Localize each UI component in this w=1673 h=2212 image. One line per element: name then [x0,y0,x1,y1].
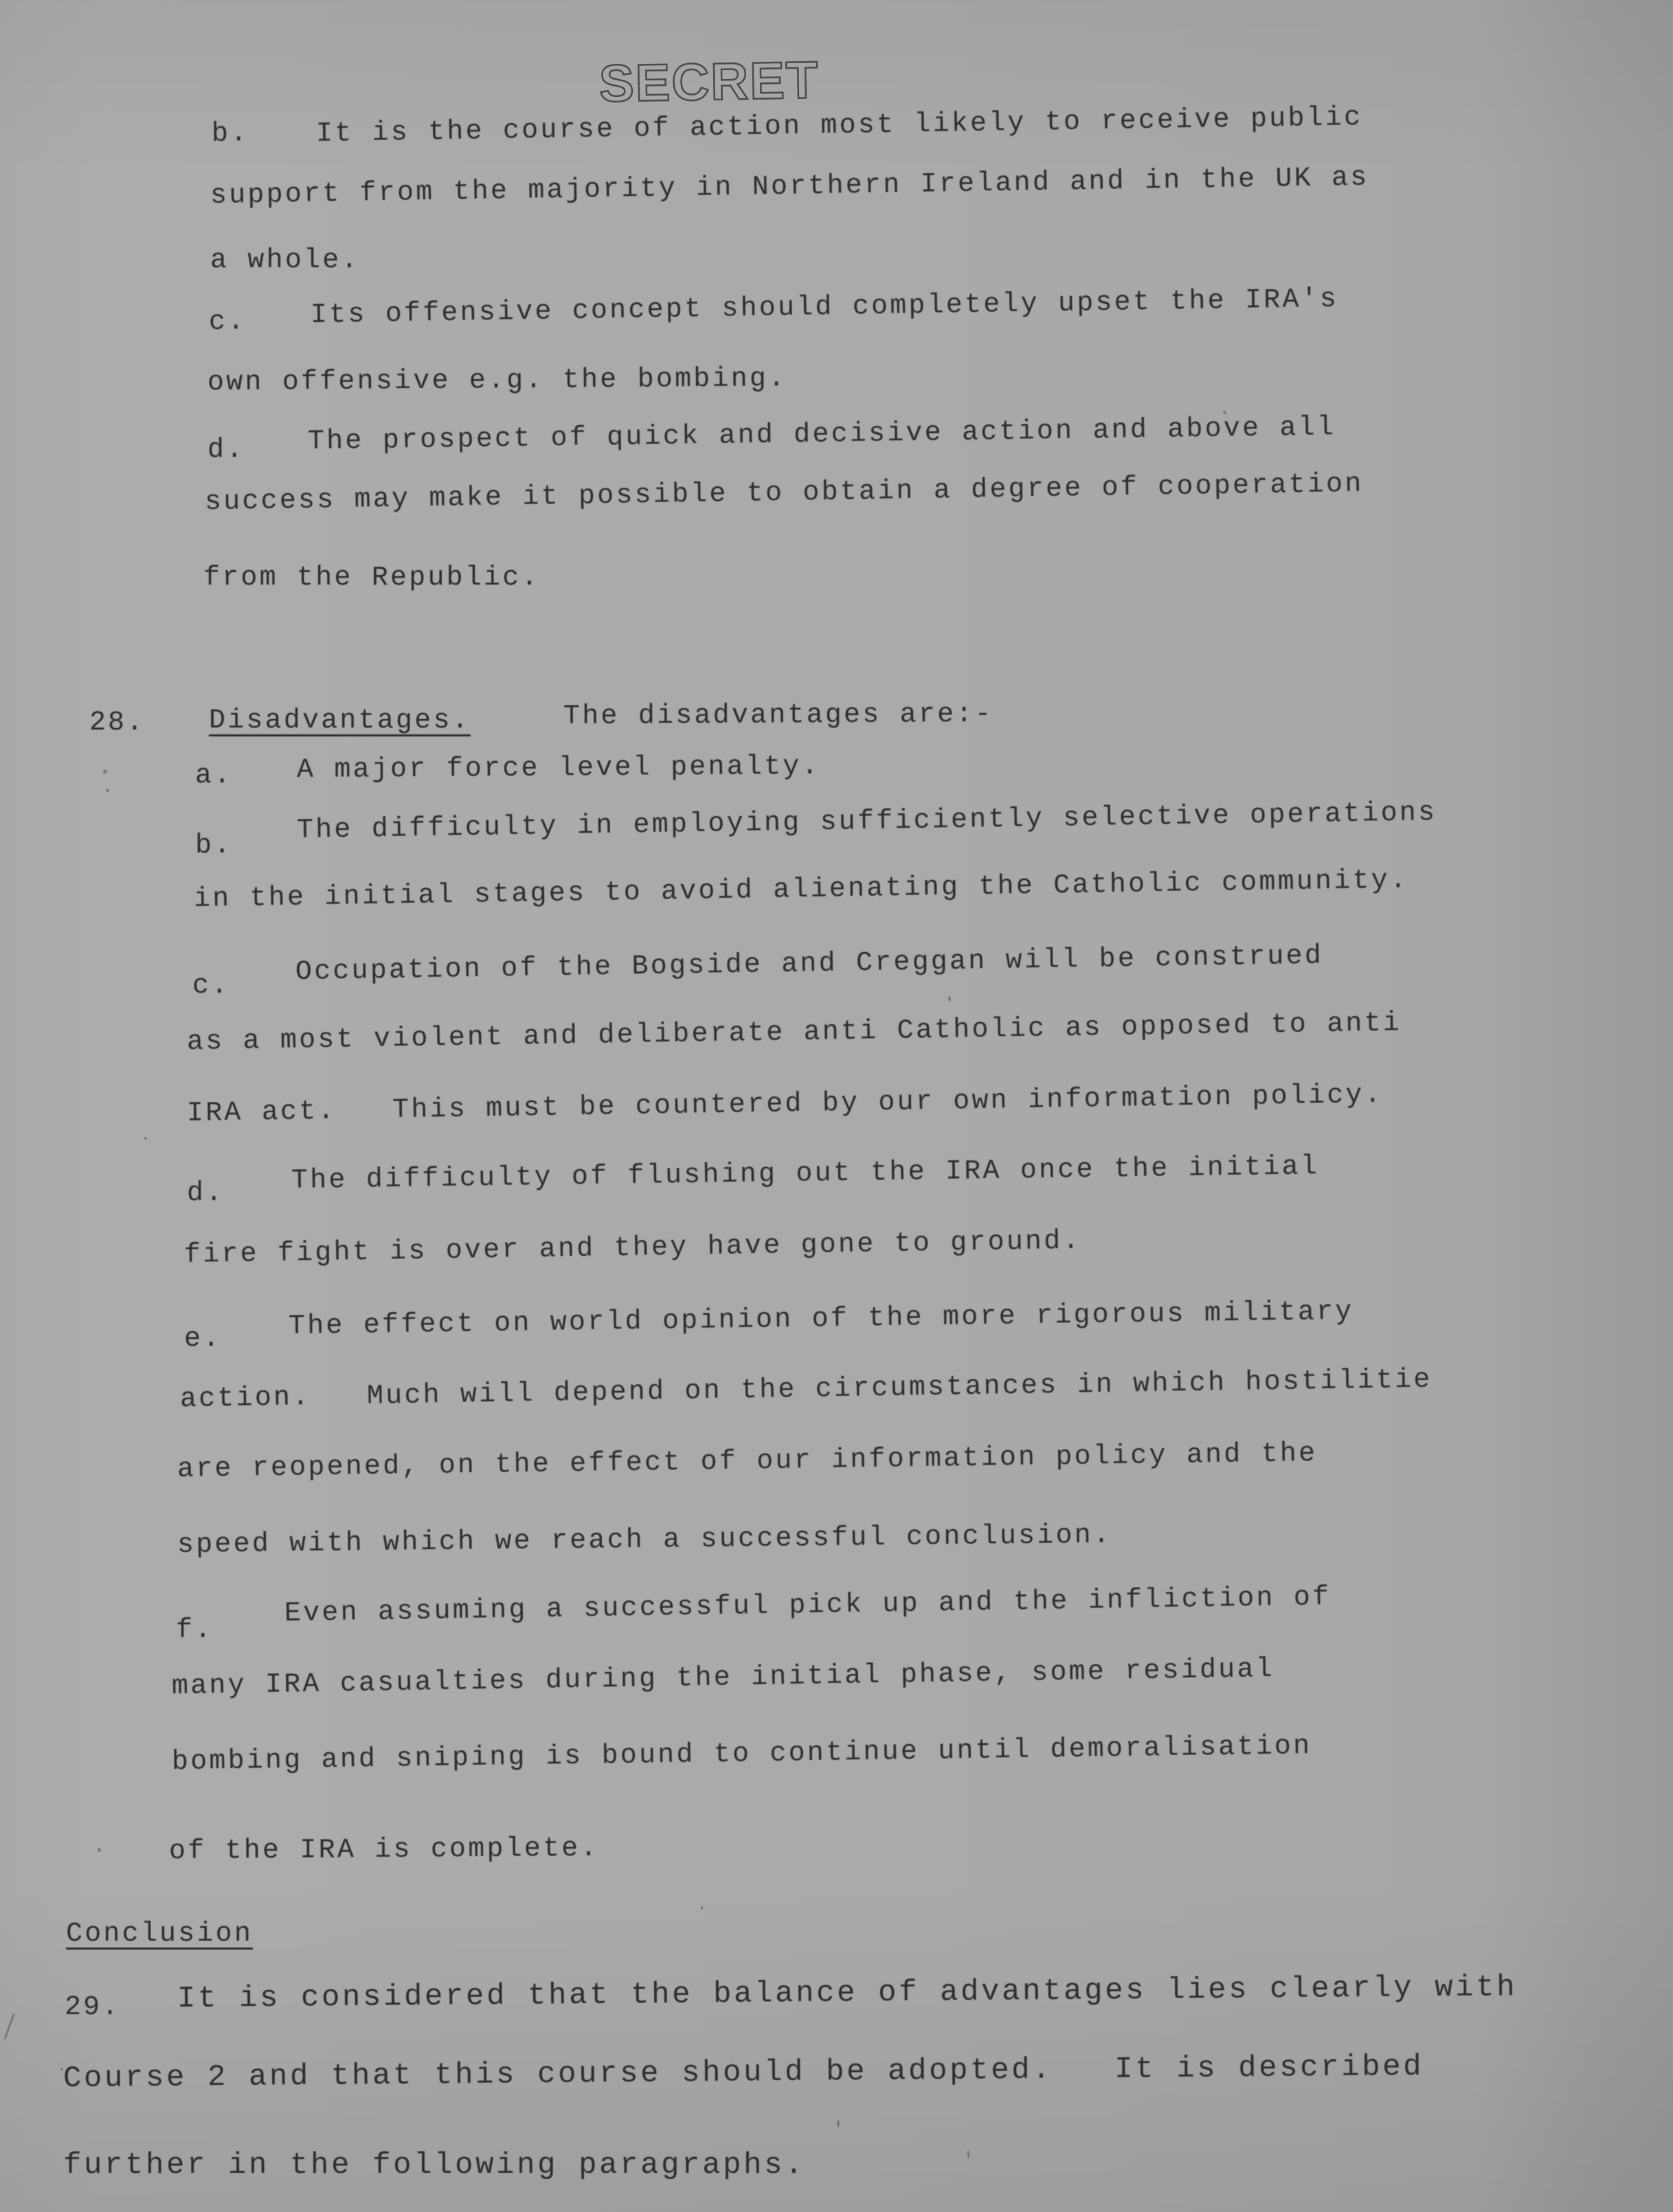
paragraph-number: 29. [65,1992,120,2023]
item-text-line: from the Republic. [203,565,540,592]
paragraph-text-line: It is considered that the balance of adv… [177,1972,1518,2014]
item-label: d. [187,1180,224,1208]
item-text-line: as a most violent and deliberate anti Ca… [187,1010,1402,1057]
paper-speck [60,2068,63,2070]
section-intro: The disadvantages are:- [563,701,993,731]
item-label: e. [184,1326,221,1353]
item-text-line: The prospect of quick and decisive actio… [308,414,1336,456]
item-text-line: The difficulty in employing sufficiently… [297,800,1437,845]
item-text-line: Its offensive concept should completely … [311,286,1339,330]
item-label: d. [207,437,245,464]
item-text-line: in the initial stages to avoid alienatin… [194,867,1409,914]
paper-speck [1223,411,1226,414]
item-text-line: success may make it possible to obtain a… [205,471,1364,517]
paragraph-number: 28. [89,708,145,738]
item-text-line: are reopened, on the effect of our infor… [177,1441,1318,1484]
item-label: f. [176,1617,213,1645]
item-text-line: A major force level penalty. [297,754,820,785]
paper-speck [144,1137,147,1140]
item-text-line: Even assuming a successful pick up and t… [284,1584,1332,1628]
paper-speck [837,2120,840,2127]
paper-speck [3,2013,14,2040]
item-text-line: bombing and sniping is bound to continue… [172,1733,1312,1776]
item-text-line: many IRA casualties during the initial p… [172,1656,1275,1701]
section-heading: Disadvantages. [209,708,471,735]
item-text-line: of the IRA is complete. [169,1836,599,1866]
item-text-line: fire fight is over and they have gone to… [184,1228,1081,1269]
paper-speck [103,769,107,774]
item-label: a. [195,763,232,790]
item-text-line: action. Much will depend on the circumst… [180,1366,1433,1414]
item-text-line: support from the majority in Northern Ir… [210,165,1369,210]
item-text-line: It is the course of action most likely t… [316,104,1363,148]
item-text-line: speed with which we reach a successful c… [177,1522,1112,1559]
section-heading: Conclusion [66,1921,253,1948]
classification-stamp: SECRET [598,54,820,111]
item-label: c. [192,973,229,1000]
item-label: b. [195,833,232,860]
paper-speck [98,1848,101,1852]
paragraph-text-line: Course 2 and that this course should be … [63,2052,1424,2094]
paper-speck [948,996,951,1002]
item-text-line: own offensive e.g. the bombing. [207,365,787,397]
paper-speck [701,1906,703,1910]
item-label: b. [212,120,249,148]
paragraph-text-line: further in the following paragraphs. [63,2150,805,2180]
item-text-line: Occupation of the Bogside and Creggan wi… [295,943,1324,986]
item-label: c. [209,308,247,337]
paper-speck [967,2150,969,2158]
item-text-line: a whole. [210,247,360,275]
item-text-line: The effect on world opinion of the more … [289,1298,1354,1341]
item-text-line: The difficulty of flushing out the IRA o… [291,1153,1320,1195]
item-text-line: IRA act. This must be countered by our o… [187,1082,1383,1128]
paper-speck [106,789,109,792]
